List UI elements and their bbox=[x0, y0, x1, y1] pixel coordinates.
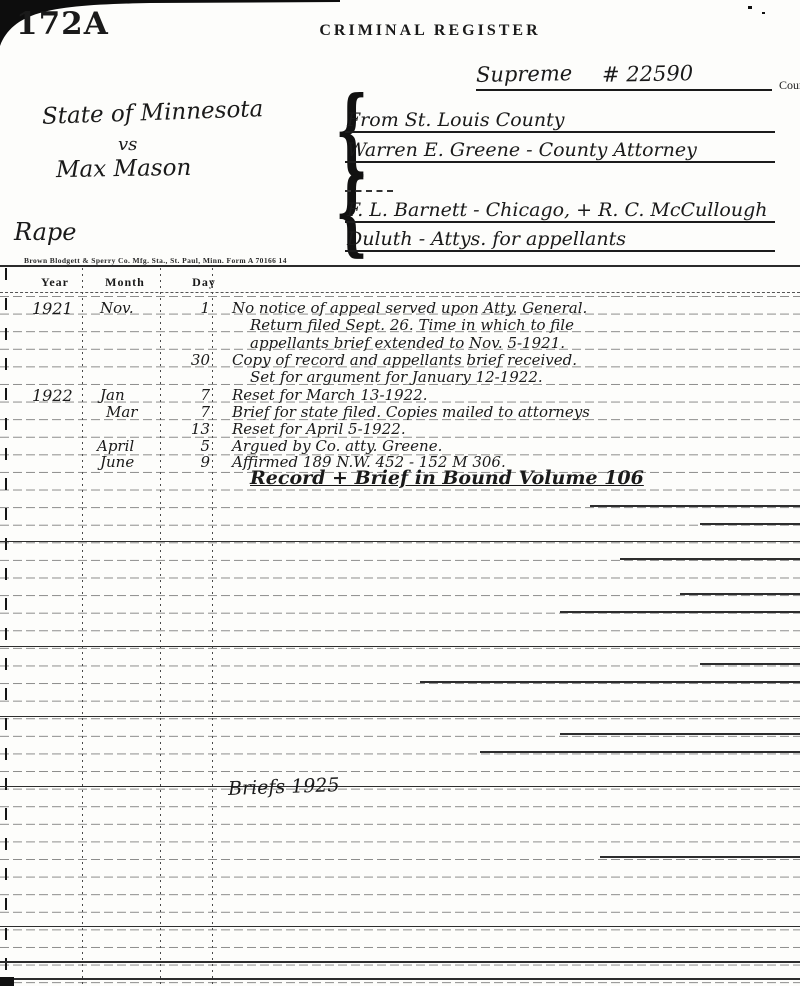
scan-corner-artifact bbox=[0, 977, 14, 986]
entry-month: Mar bbox=[106, 403, 137, 421]
case-number-handwritten: # 22590 bbox=[602, 61, 693, 87]
page-title: CRIMINAL REGISTER bbox=[300, 22, 560, 40]
register-row: 1921 Nov. 1 No notice of appeal served u… bbox=[0, 299, 800, 317]
entry-month: Jan bbox=[100, 386, 125, 404]
scan-line-artifact bbox=[0, 961, 800, 963]
criminal-register-page: 172A CRIMINAL REGISTER Supreme # 22590 C… bbox=[0, 0, 800, 986]
scan-line-artifact bbox=[0, 541, 800, 542]
scan-line-artifact bbox=[700, 663, 800, 665]
charge-label: Rape bbox=[14, 218, 77, 246]
prosecutor-line: Warren E. Greene - County Attorney bbox=[345, 130, 775, 163]
court-entry-line: Supreme # 22590 bbox=[476, 62, 772, 91]
register-row: Return filed Sept. 26. Time in which to … bbox=[0, 316, 800, 334]
scan-line-artifact bbox=[590, 505, 800, 507]
register-row: 13 Reset for April 5-1922. bbox=[0, 420, 800, 438]
scan-line-artifact bbox=[0, 978, 800, 980]
entry-text: Set for argument for January 12-1922. bbox=[250, 368, 543, 386]
plaintiff-name: State of Minnesota bbox=[42, 96, 264, 130]
register-row: Record + Brief in Bound Volume 106 bbox=[0, 467, 800, 485]
entry-text: Brief for state filed. Copies mailed to … bbox=[232, 403, 590, 421]
court-printed-label: Court bbox=[779, 78, 800, 93]
briefs-note: Briefs 1925 bbox=[228, 774, 340, 800]
entry-day: 13 bbox=[184, 420, 210, 438]
entry-text: Reset for March 13-1922. bbox=[232, 386, 427, 404]
defense-attorneys: F. L. Barnett - Chicago, + R. C. McCullo… bbox=[347, 199, 768, 221]
header-rule bbox=[0, 292, 800, 293]
register-row: appellants brief extended to Nov. 5-1921… bbox=[0, 334, 800, 352]
entry-month: Nov. bbox=[100, 299, 134, 317]
defense-city-line: Duluth - Attys. for appellants bbox=[345, 220, 775, 252]
versus-label: vs bbox=[118, 134, 137, 155]
scan-line-artifact bbox=[560, 611, 800, 613]
register-row: 1922 Jan 7 Reset for March 13-1922. bbox=[0, 386, 800, 404]
column-header-day: Day bbox=[176, 275, 232, 290]
scan-line-artifact bbox=[480, 751, 800, 753]
scan-line-artifact bbox=[680, 593, 800, 595]
divider-rule bbox=[0, 265, 800, 267]
scan-line-artifact bbox=[0, 786, 800, 787]
scan-line-artifact bbox=[0, 716, 800, 717]
column-header-month: Month bbox=[92, 275, 158, 290]
entry-day: 7 bbox=[184, 386, 210, 404]
scan-line-artifact bbox=[560, 733, 800, 735]
entry-day: 7 bbox=[184, 403, 210, 421]
page-number-stamp: 172A bbox=[16, 6, 109, 42]
defendant-name: Max Mason bbox=[56, 155, 192, 183]
origin-line: From St. Louis County bbox=[345, 100, 775, 133]
register-row: Set for argument for January 12-1922. bbox=[0, 368, 800, 386]
scan-line-artifact bbox=[0, 926, 800, 927]
court-name-handwritten: Supreme bbox=[476, 61, 573, 87]
defense-city: Duluth - Attys. for appellants bbox=[347, 228, 626, 250]
entry-text-emphasized: Record + Brief in Bound Volume 106 bbox=[250, 467, 644, 489]
register-row: Mar 7 Brief for state filed. Copies mail… bbox=[0, 403, 800, 421]
scan-line-artifact bbox=[700, 523, 800, 525]
column-header-year: Year bbox=[28, 275, 82, 290]
entry-day: 1 bbox=[184, 299, 210, 317]
entry-text: No notice of appeal served upon Atty. Ge… bbox=[232, 299, 587, 317]
scan-line-artifact bbox=[0, 646, 800, 647]
prosecutor-name: Warren E. Greene - County Attorney bbox=[347, 139, 697, 161]
printer-imprint: Brown Blodgett & Sperry Co. Mfg. Sta., S… bbox=[24, 256, 287, 265]
scan-line-artifact bbox=[420, 681, 800, 683]
entry-day: 30 bbox=[184, 351, 210, 369]
register-row: 30 Copy of record and appellants brief r… bbox=[0, 351, 800, 369]
scan-speck bbox=[748, 6, 752, 9]
entry-text: Reset for April 5-1922. bbox=[232, 420, 406, 438]
scan-speck bbox=[762, 12, 765, 14]
scan-line-artifact bbox=[620, 558, 800, 560]
entry-text: Return filed Sept. 26. Time in which to … bbox=[250, 316, 574, 334]
entry-text: appellants brief extended to Nov. 5-1921… bbox=[250, 334, 565, 352]
origin-county: From St. Louis County bbox=[347, 109, 564, 131]
scan-line-artifact bbox=[600, 856, 800, 858]
defense-attorneys-line: F. L. Barnett - Chicago, + R. C. McCullo… bbox=[345, 190, 775, 223]
entry-text: Copy of record and appellants brief rece… bbox=[232, 351, 577, 369]
